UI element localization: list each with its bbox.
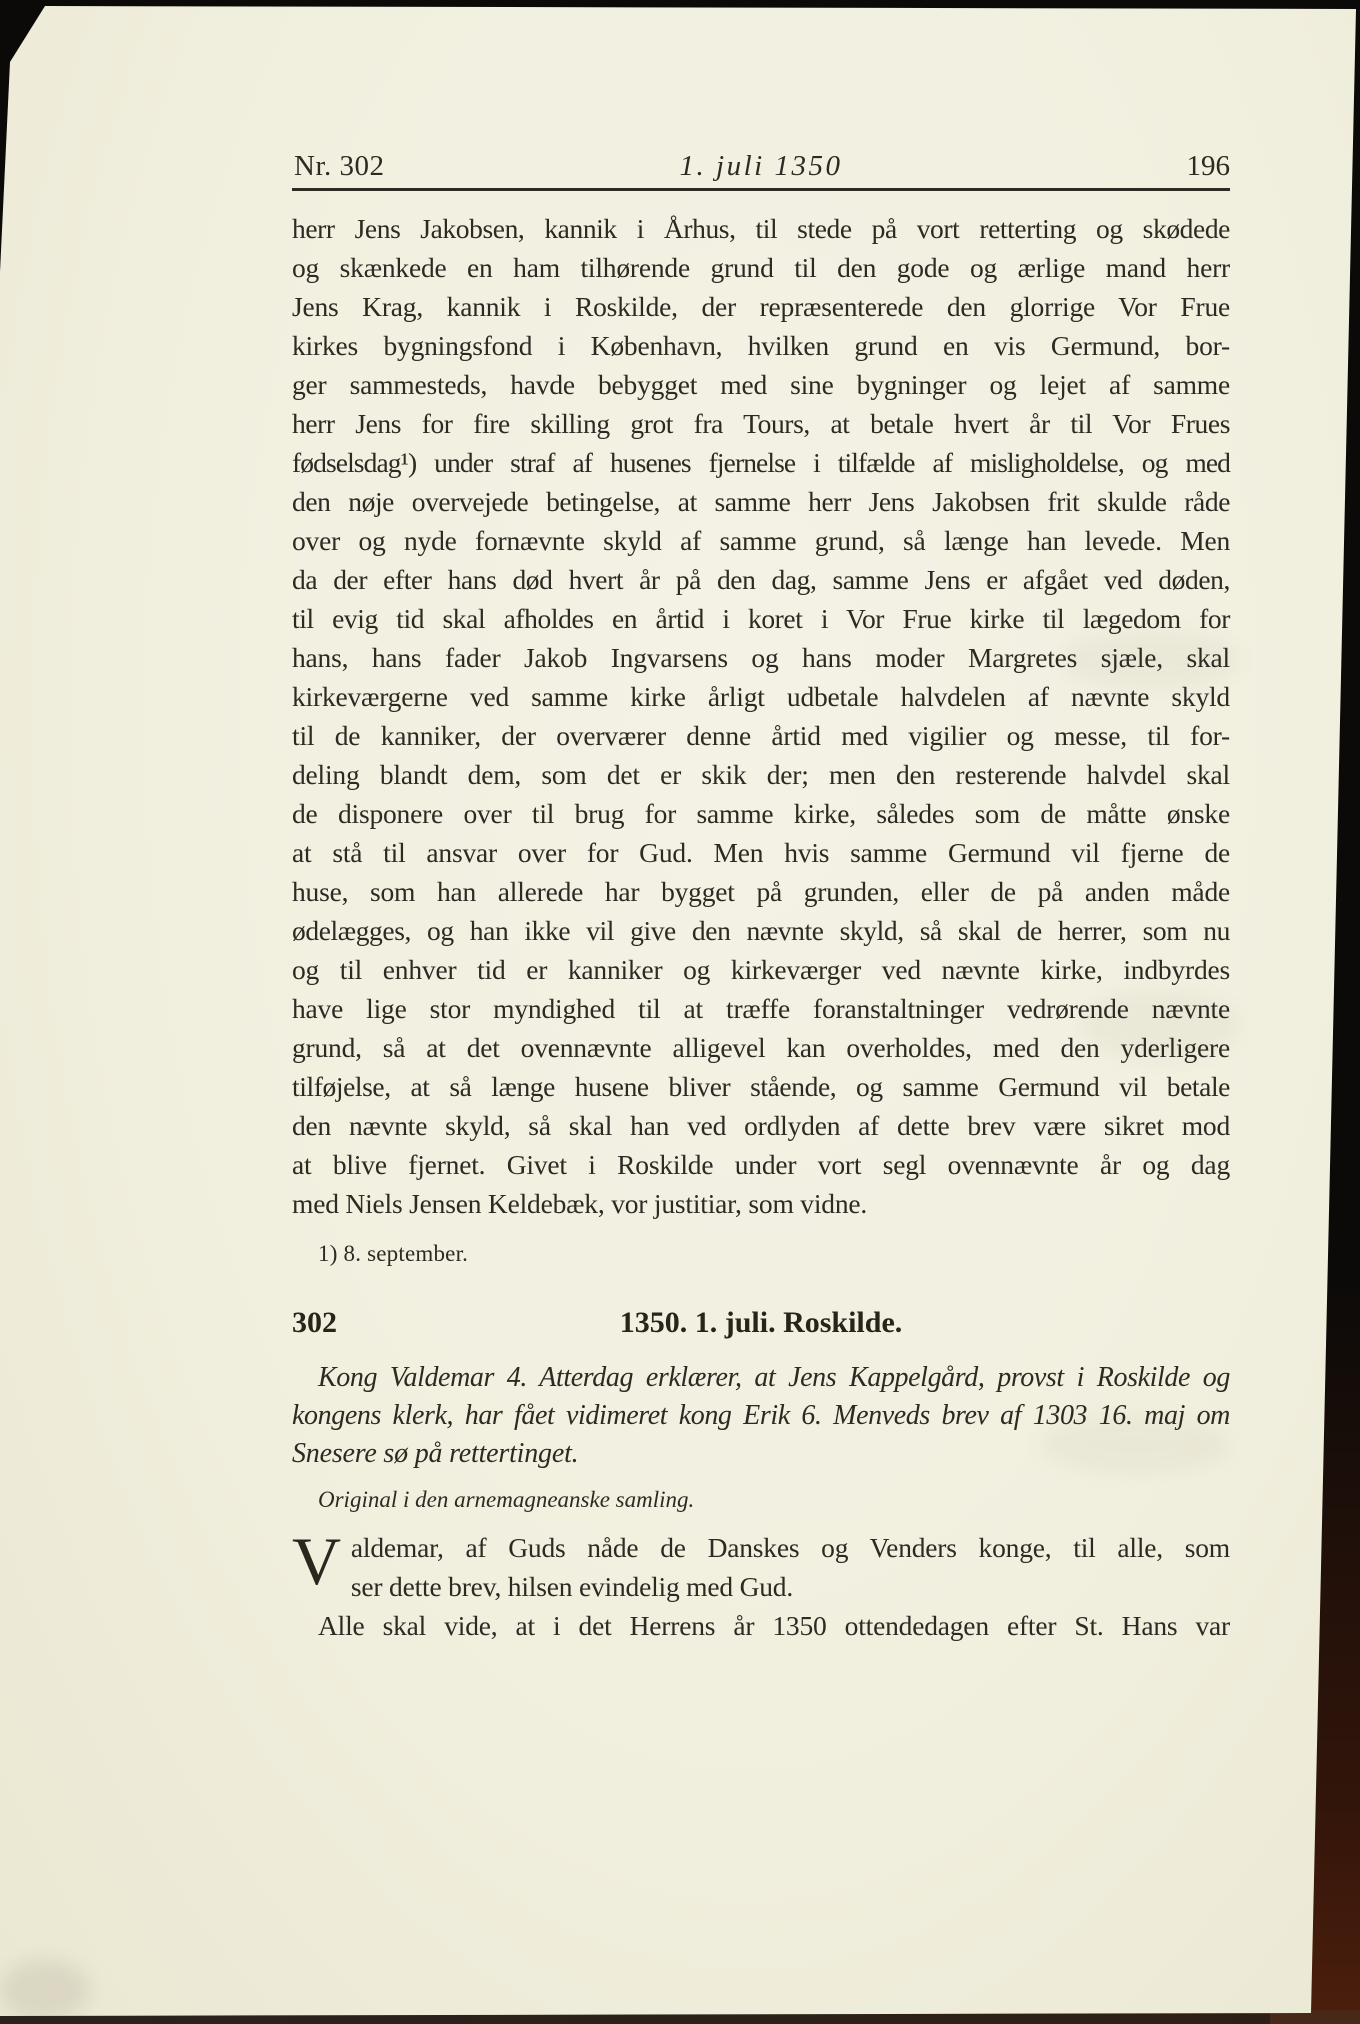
charter-line: aldemar, af Guds nåde de Danskes og Vend… [292, 1528, 1230, 1567]
header-date: 1. juli 1350 [292, 150, 1230, 183]
body-line: ødelægges, og han ikke vil give den nævn… [292, 911, 1230, 950]
body-line: hans, hans fader Jakob Ingvarsens og han… [292, 638, 1230, 677]
entry-heading: 1350. 1. juli. Roskilde. [292, 1306, 1230, 1340]
body-line: tilføjelse, at så længe husene bliver st… [292, 1067, 1230, 1106]
footnote: 1) 8. september. [318, 1241, 468, 1267]
body-line: og til enhver tid er kanniker og kirkevæ… [292, 950, 1230, 989]
body-line: fødselsdag¹) under straf af husenes fjer… [292, 443, 1230, 482]
body-line: at blive fjernet. Givet i Roskilde under… [292, 1145, 1230, 1184]
charter-opening: V aldemar, af Guds nåde de Danskes og Ve… [292, 1528, 1230, 1606]
running-header: Nr. 302 1. juli 1350 196 [292, 150, 1230, 186]
charter-translation-paragraph: herr Jens Jakobsen, kannik i Århus, til … [292, 209, 1230, 1223]
body-line: Jens Krag, kannik i Roskilde, der repræs… [292, 287, 1230, 326]
charter-continuation-line: Alle skal vide, at i det Herrens år 1350… [292, 1606, 1230, 1645]
body-line: de disponere over til brug for samme kir… [292, 794, 1230, 833]
regest-summary: Kong Valdemar 4. Atterdag erklærer, at J… [292, 1359, 1230, 1473]
body-line: med Niels Jensen Keldebæk, vor justitiar… [292, 1184, 1230, 1223]
body-line: til evig tid skal afholdes en årtid i ko… [292, 599, 1230, 638]
dropcap-initial: V [292, 1530, 341, 1592]
paper-smudge [0, 1960, 90, 2020]
body-line: kirkeværgerne ved samme kirke årligt udb… [292, 677, 1230, 716]
body-line: og skænkede en ham tilhørende grund til … [292, 248, 1230, 287]
body-line: huse, som han allerede har bygget på gru… [292, 872, 1230, 911]
header-page-number: 196 [1187, 150, 1231, 183]
body-line: den nævnte skyld, så skal han ved ordlyd… [292, 1106, 1230, 1145]
body-line: deling blandt dem, som det er skik der; … [292, 755, 1230, 794]
body-line: kirkes bygningsfond i København, hvilken… [292, 326, 1230, 365]
entry-heading-row: 302 1350. 1. juli. Roskilde. [292, 1306, 1230, 1346]
body-line: over og nyde fornævnte skyld af samme gr… [292, 521, 1230, 560]
charter-line: ser dette brev, hilsen evindelig med Gud… [292, 1567, 1230, 1606]
page-paper: Nr. 302 1. juli 1350 196 herr Jens Jakob… [0, 0, 1360, 2024]
regest-line: kongens klerk, har fået vidimeret kong E… [292, 1397, 1230, 1435]
body-line: herr Jens for fire skilling grot fra Tou… [292, 404, 1230, 443]
body-line: da der efter hans død hvert år på den da… [292, 560, 1230, 599]
body-line: have lige stor myndighed til at træffe f… [292, 989, 1230, 1028]
body-line: til de kanniker, der overværer denne årt… [292, 716, 1230, 755]
body-line: den nøje overvejede betingelse, at samme… [292, 482, 1230, 521]
source-note: Original i den arnemagneanske samling. [318, 1487, 694, 1513]
body-line: at stå til ansvar over for Gud. Men hvis… [292, 833, 1230, 872]
body-line: grund, så at det ovennævnte alligevel ka… [292, 1028, 1230, 1067]
regest-line: Kong Valdemar 4. Atterdag erklærer, at J… [292, 1359, 1230, 1397]
body-line: ger sammesteds, havde bebygget med sine … [292, 365, 1230, 404]
scanned-book-page: { "page": { "colors": { "paper": "#f1efd… [0, 0, 1360, 2024]
body-line: herr Jens Jakobsen, kannik i Århus, til … [292, 209, 1230, 248]
regest-line: Snesere sø på rettertinget. [292, 1435, 1230, 1473]
header-rule [292, 188, 1230, 191]
